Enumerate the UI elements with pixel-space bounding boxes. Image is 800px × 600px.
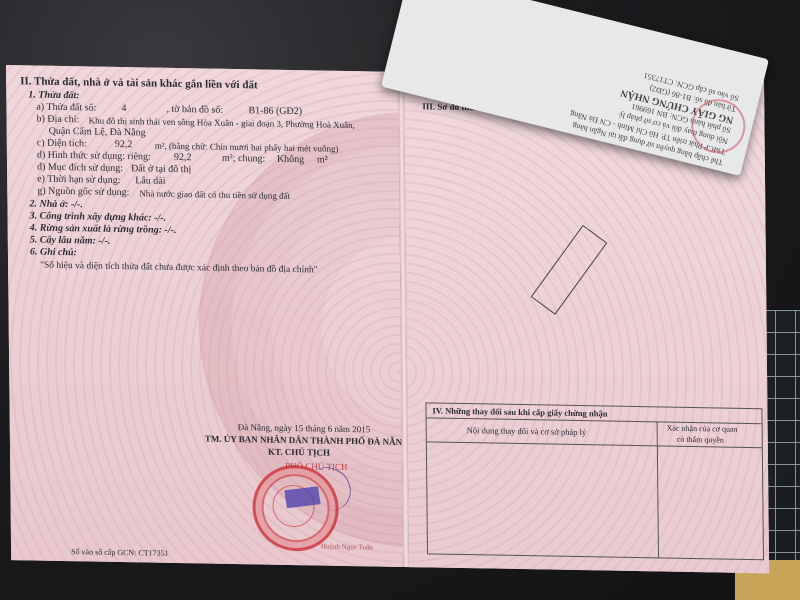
column-confirmation-line2: có thẩm quyền [677,434,724,447]
parcel-no-label: a) Thửa đất số: [36,102,96,115]
use-form-shared-value: Không [277,154,304,166]
term-value: Lâu dài [135,175,165,188]
use-form-shared-unit: m² [317,154,328,166]
map-sheet-label: , tờ bản đồ số: [166,104,223,117]
table-column-headers: Nội dung thay đổi và cơ sở pháp lý Xác n… [427,417,762,448]
parcel-no-value: 4 [121,103,126,115]
left-page: II. Thửa đất, nhà ở và tài sản khác gắn … [6,65,403,567]
use-form-shared-label: m²; chung: [222,153,265,166]
subsection-1: 1. Thửa đất: [28,89,79,102]
item-2-house: 2. Nhà ở: -/-. [29,198,83,211]
chairman-title: KT. CHỦ TỊCH [268,446,330,459]
signer-name: Huỳnh Ngọc Tuấn [321,541,373,554]
area-value: 92,2 [115,139,133,151]
area-label: c) Diện tích: [37,138,87,151]
item-6-note-label: 6. Ghi chú: [30,246,77,259]
purpose-value: Đất ở tại đô thị [131,163,191,176]
address-label: b) Địa chỉ: [37,114,80,127]
use-form-private-value: 92,2 [174,152,192,164]
changes-table: IV. Những thay đổi sau khi cấp giấy chứn… [425,402,764,560]
column-change-content: Nội dung thay đổi và cơ sở pháp lý [467,424,587,438]
origin-value: Nhà nước giao đất có thu tiền sử dụng đấ… [139,187,290,202]
origin-label: g) Nguồn gốc sử dụng: [37,186,129,200]
certificate-number: Số vào sổ cấp GCN: CT17351 [71,546,169,560]
parcel-diagram [531,225,608,315]
map-sheet-value: B1-86 (GĐ2) [248,105,302,118]
